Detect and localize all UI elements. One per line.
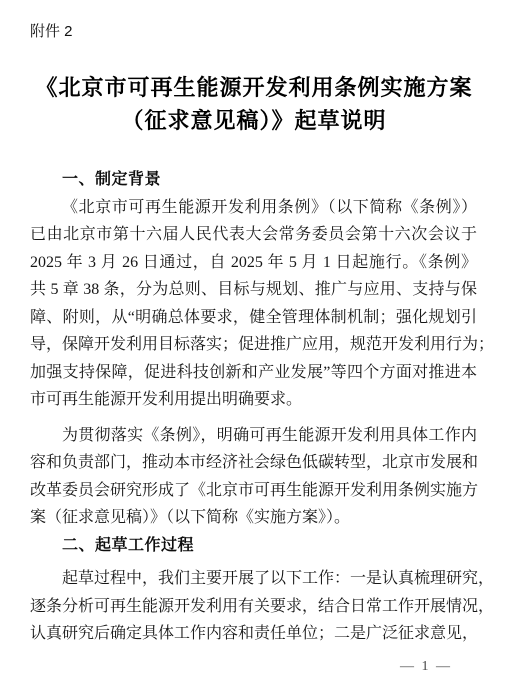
text-line: 逐条分析可再生能源开发利用有关要求，结合日常工作开展情况， [30,593,477,621]
document-title-line-2: （征求意见稿）》起草说明 [0,104,508,137]
text-line: 已由北京市第十六届人民代表大会常务委员会第十六次会议于 [30,221,477,249]
text-line: 起草过程中，我们主要开展了以下工作：一是认真梳理研究， [30,565,477,593]
section-2-heading: 二、起草工作过程 [30,532,477,560]
section-1-paragraph-2: 为贯彻落实《条例》，明确可再生能源开发利用具体工作内 容和负责部门，推动本市经济… [30,422,477,532]
text-line: 2025 年 3 月 26 日通过，自 2025 年 5 月 1 日起施行。《条… [30,249,477,277]
text-line: 共 5 章 38 条，分为总则、目标与规划、推广与应用、支持与保 [30,276,477,304]
text-line: 加强支持保障，促进科技创新和产业发展”等四个方面对推进本 [30,359,477,387]
text-line: 导，保障开发利用目标落实；促进推广应用，规范开发利用行为； [30,331,477,359]
document-page: 附件 2 《北京市可再生能源开发利用条例实施方案 （征求意见稿）》起草说明 一、… [0,0,508,695]
section-2-paragraph-1: 起草过程中，我们主要开展了以下工作：一是认真梳理研究， 逐条分析可再生能源开发利… [30,565,477,648]
text-line: 市可再生能源开发利用提出明确要求。 [30,386,477,414]
text-line: 改革委员会研究形成了《北京市可再生能源开发利用条例实施方 [30,477,477,505]
document-title: 《北京市可再生能源开发利用条例实施方案 （征求意见稿）》起草说明 [0,71,508,137]
text-line: 《北京市可再生能源开发利用条例》（以下简称《条例》） [30,194,477,222]
document-body: 一、制定背景 《北京市可再生能源开发利用条例》（以下简称《条例》） 已由北京市第… [30,166,477,648]
text-line: 容和负责部门，推动本市经济社会绿色低碳转型，北京市发展和 [30,449,477,477]
text-line: 认真研究后确定具体工作内容和责任单位；二是广泛征求意见， [30,620,477,648]
page-number: — 1 — [400,659,452,675]
text-line: 障、附则，从“明确总体要求，健全管理体制机制；强化规划引 [30,304,477,332]
text-line: 为贯彻落实《条例》，明确可再生能源开发利用具体工作内 [30,422,477,450]
section-1-paragraph-1: 《北京市可再生能源开发利用条例》（以下简称《条例》） 已由北京市第十六届人民代表… [30,194,477,414]
section-1-heading: 一、制定背景 [30,166,477,194]
text-line: 案（征求意见稿）》（以下简称《实施方案》）。 [30,504,477,532]
attachment-label: 附件 2 [30,22,73,42]
document-title-line-1: 《北京市可再生能源开发利用条例实施方案 [0,71,508,104]
